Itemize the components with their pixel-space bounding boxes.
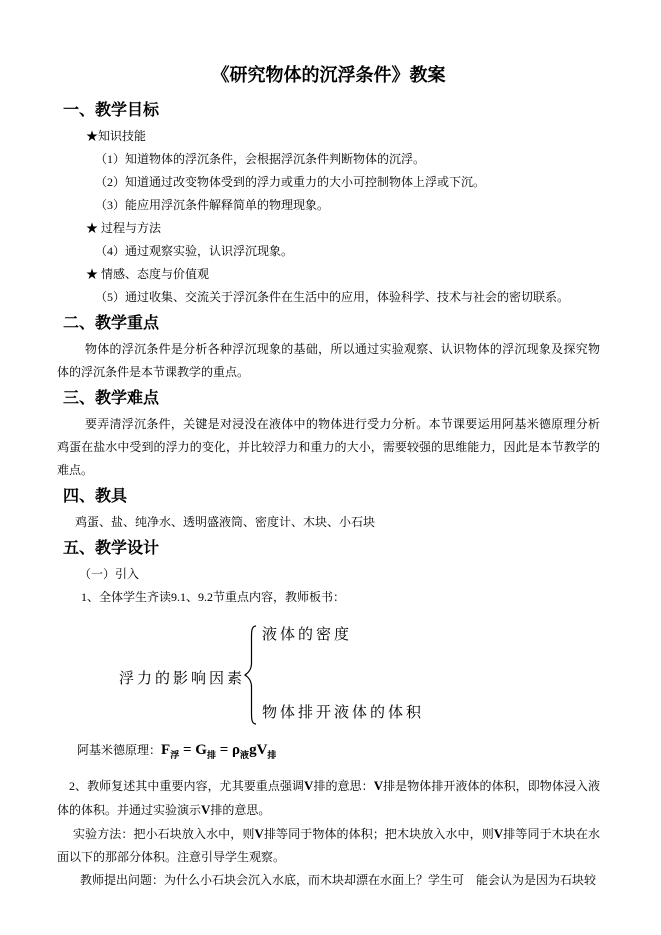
section-heading-key-points: 二、教学重点 — [63, 309, 600, 338]
document-page: 《研究物体的沉浮条件》教案 一、教学目标 ★知识技能 （1）知道物体的浮沉条件，… — [0, 0, 661, 935]
star-item-emotion: ★ 情感、态度与价值观 — [57, 263, 600, 286]
step-2-paragraph: 2、教师复述其中重要内容，尤其要重点强调V排的意思：V排是物体排开液体的体积，即… — [57, 774, 600, 822]
diagram-label: 浮力的影响因素 — [119, 667, 245, 688]
archimedes-formula-line: 阿基米德原理：F浮 = G排 = ρ液gV排 — [57, 737, 600, 768]
archimedes-formula: F浮 = G排 = ρ液gV排 — [161, 743, 276, 757]
diagram-factor-volume: 物体排开液体的体积 — [262, 701, 424, 722]
brace-icon — [243, 625, 258, 725]
diagram-factor-density: 液体的密度 — [262, 623, 352, 644]
star-item-knowledge: ★知识技能 — [57, 125, 600, 148]
teaching-aids-list: 鸡蛋、盐、纯净水、透明盛液筒、密度计、木块、小石块 — [57, 511, 600, 534]
step-1-line: 1、全体学生齐读9.1、9.2节重点内容，教师板书： — [57, 586, 600, 609]
difficulties-paragraph: 要弄清浮沉条件，关键是对浸没在液体中的物体进行受力分析。本节课要运用阿基米德原理… — [57, 413, 600, 482]
star-item-process: ★ 过程与方法 — [57, 217, 600, 240]
subsection-introduction: （一）引入 — [57, 563, 600, 586]
section-heading-teaching-aids: 四、教具 — [63, 482, 600, 511]
teacher-question-paragraph: 教师提出问题：为什么小石块会沉入水底，而木块却漂在水面上？学生可 能会认为是因为… — [57, 869, 600, 892]
goal-item-3: （3）能应用浮沉条件解释简单的物理现象。 — [57, 194, 600, 217]
goal-item-5: （5）通过收集、交流关于浮沉条件在生活中的应用，体验科学、技术与社会的密切联系。 — [57, 286, 600, 309]
section-heading-teaching-design: 五、教学设计 — [63, 534, 600, 563]
board-diagram: 浮力的影响因素 液体的密度 物体排开液体的体积 — [57, 623, 600, 731]
section-heading-difficulties: 三、教学难点 — [63, 384, 600, 413]
goal-item-4: （4）通过观察实验，认识浮沉现象。 — [57, 240, 600, 263]
section-heading-goals: 一、教学目标 — [63, 96, 600, 125]
doc-title: 《研究物体的沉浮条件》教案 — [57, 60, 600, 90]
archimedes-label: 阿基米德原理： — [77, 743, 161, 757]
experiment-method-paragraph: 实验方法：把小石块放入水中，则V排等同于物体的体积；把木块放入水中，则V排等同于… — [57, 822, 600, 869]
goal-item-2: （2）知道通过改变物体受到的浮力或重力的大小可控制物体上浮或下沉。 — [57, 171, 600, 194]
goal-item-1: （1）知道物体的浮沉条件，会根据浮沉条件判断物体的沉浮。 — [57, 148, 600, 171]
key-points-paragraph: 物体的浮沉条件是分析各种浮沉现象的基础，所以通过实验观察、认识物体的浮沉现象及探… — [57, 338, 600, 384]
